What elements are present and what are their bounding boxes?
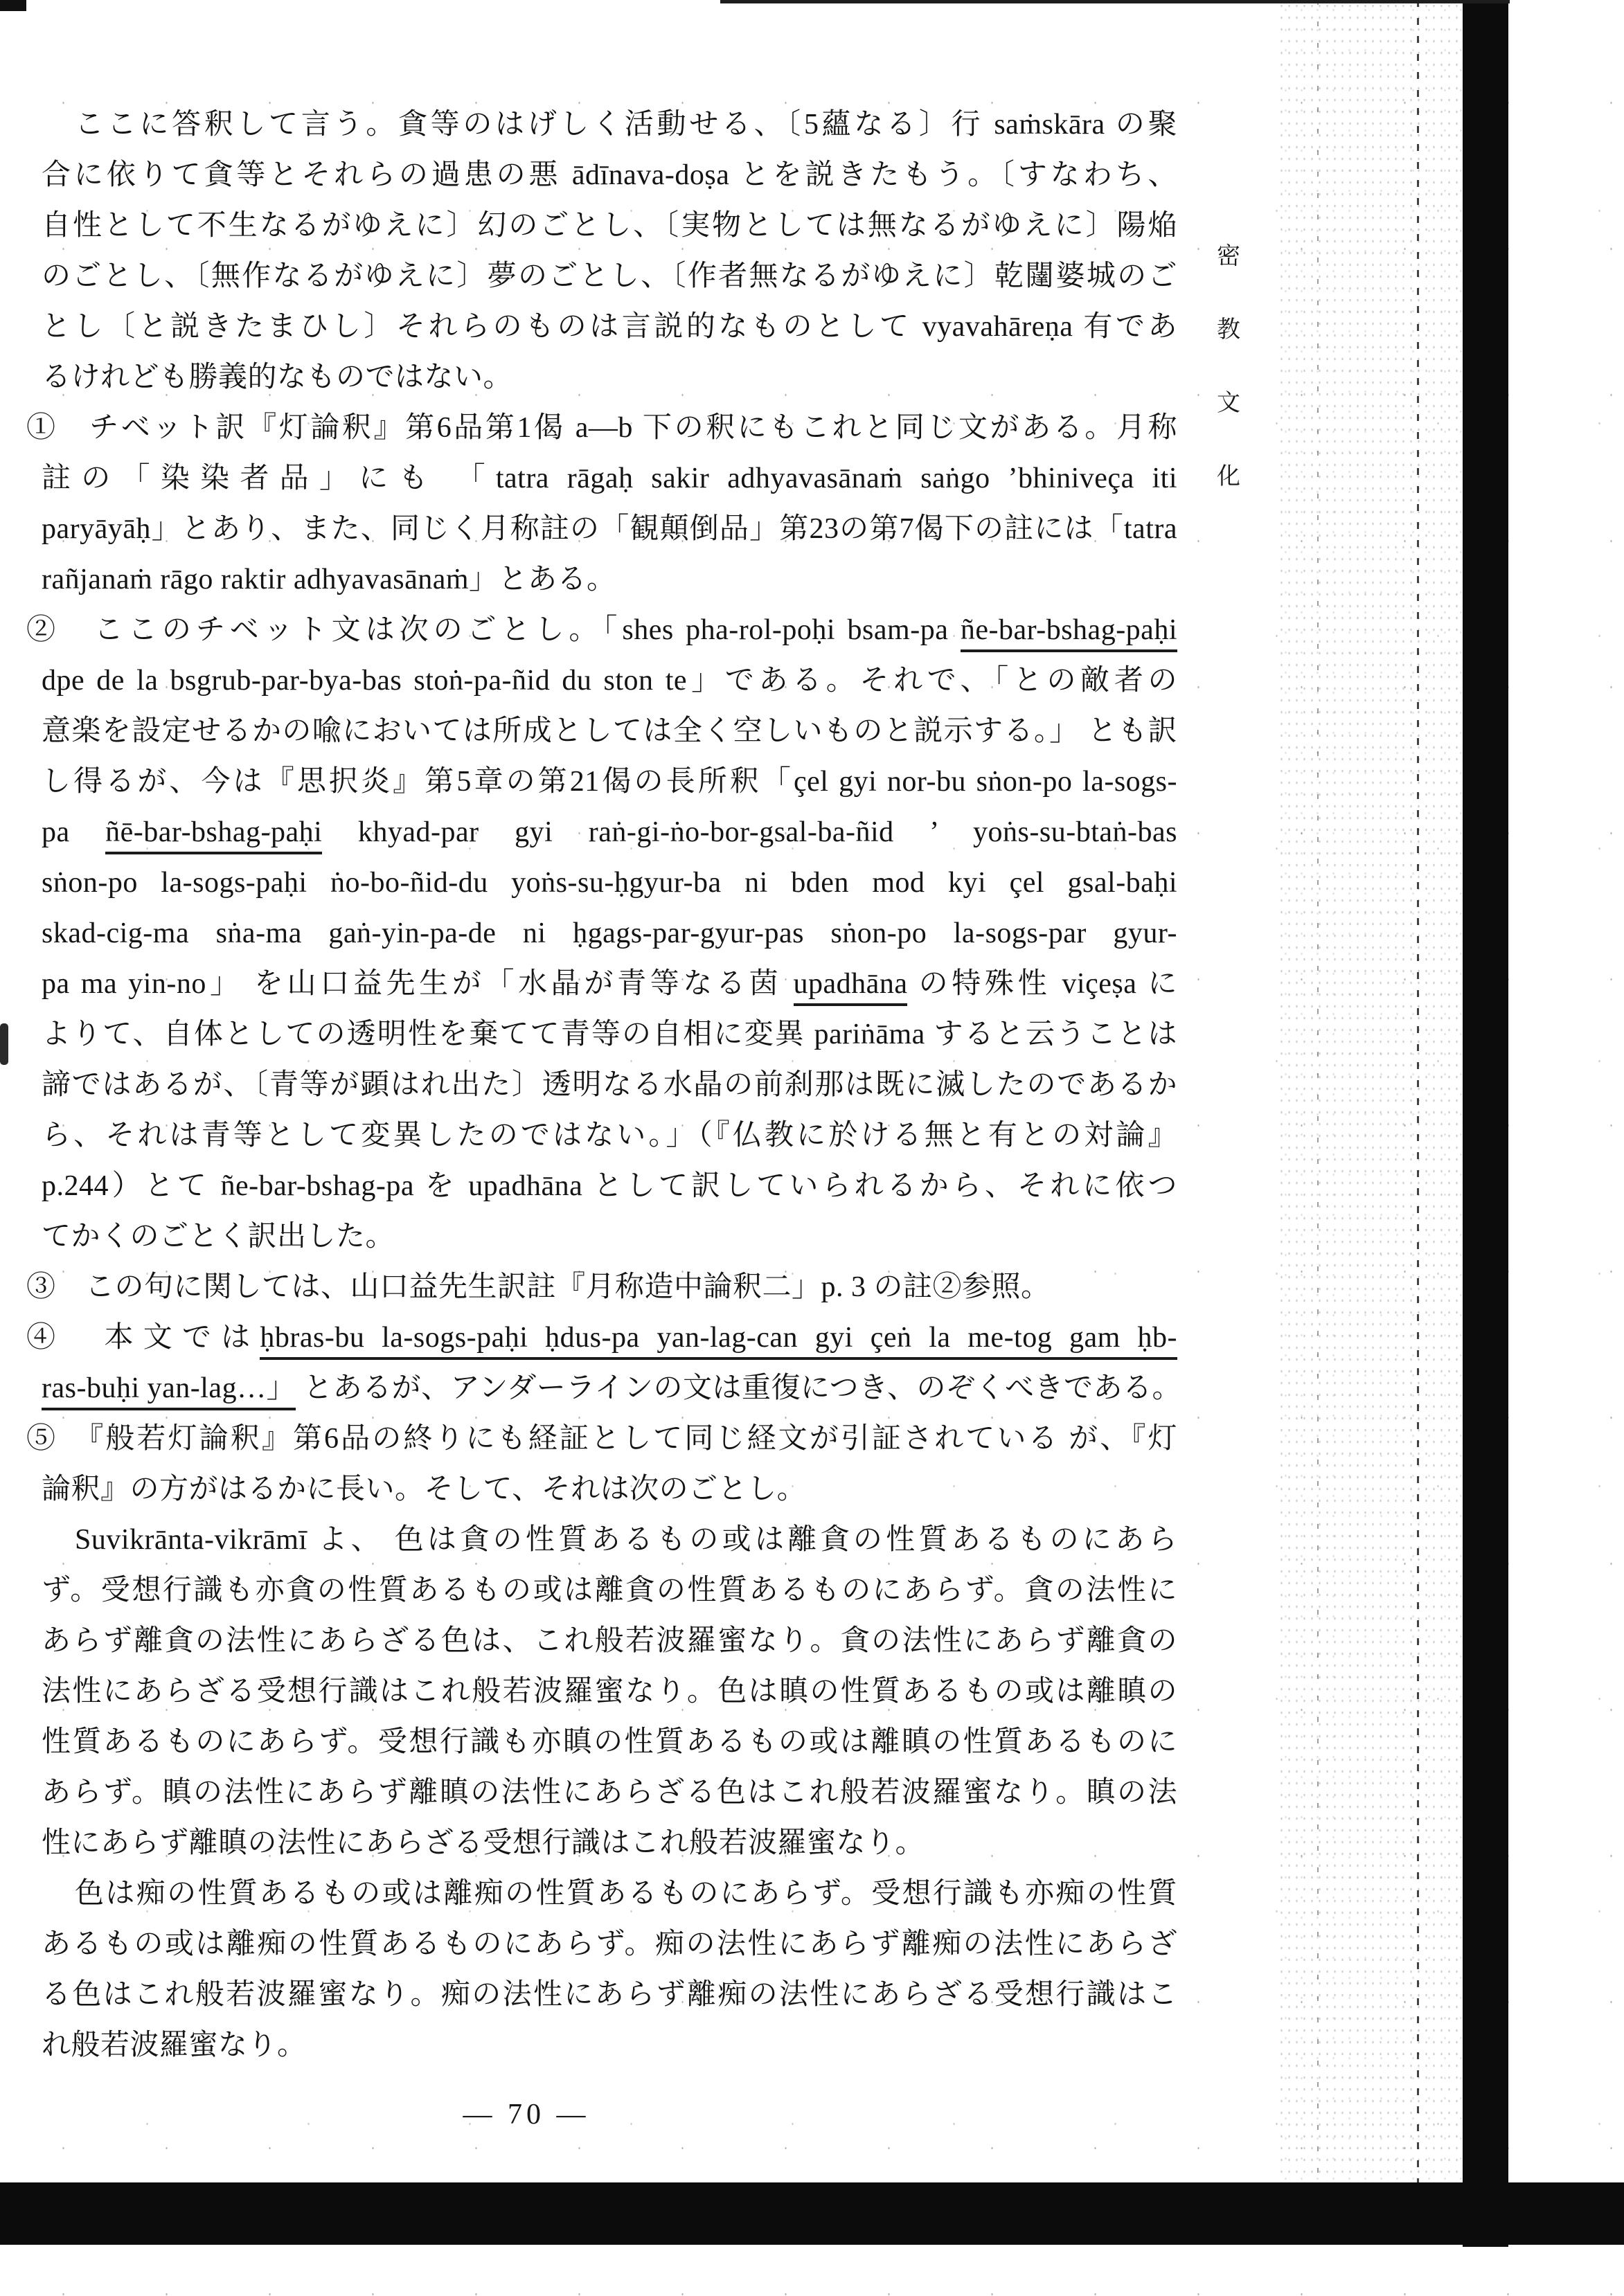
text-segment: あらず離貪の法性にあらざる色は、これ般若波羅蜜なり。貪の法性にあらず離貪の — [42, 1625, 1177, 1657]
text-line: sṅon-po la-sogs-paḥi ṅo-bo-ñid-du yoṅs-s… — [26, 861, 1177, 911]
text-segment: 諦ではあるが、〔青等が顕はれ出た〕透明なる水晶の前刹那は既に滅したのであるか — [42, 1069, 1177, 1101]
text-segment: ず。受想行識も亦貪の性質あるもの或は離貪の性質あるものにあらず。貪の法性に — [42, 1575, 1177, 1606]
journal-title-vertical: 密教文化 — [1212, 237, 1245, 530]
text-line: 性にあらず離瞋の法性にあらざる受想行識はこれ般若波羅蜜なり。 — [26, 1821, 1177, 1872]
text-segment: あるもの或は離痴の性質あるものにあらず。痴の法性にあらず離痴の法性にあらざ — [42, 1928, 1177, 1960]
text-line: よりて、自体としての透明性を棄てて青等の自相に変異 pariṅāma すると云う… — [26, 1012, 1177, 1063]
text-segment: し得るが、今は『思択炎』第5章の第21偈の長所釈「çel gyi nor-bu … — [42, 766, 1177, 798]
underlined-text: ḥbras-bu la-sogs-paḥi ḥdus-pa yan-lag-ca… — [260, 1322, 1177, 1360]
text-segment: るけれども勝義的なものではない。 — [42, 361, 512, 393]
text-segment: 論釈』の方がはるかに長い。そして、それは次のごとし。 — [42, 1473, 806, 1505]
text-line: ら、それは青等として変異したのではない。」（『仏教に於ける無と有との対論』 — [26, 1113, 1177, 1164]
scan-black-bar-bottom — [0, 2182, 1624, 2245]
text-segment: ④ 本文では — [26, 1322, 260, 1354]
underlined-text: ñē-bar-bshag-paḥi — [105, 816, 322, 854]
text-segment: p.244）とて ñe-bar-bshag-pa を upadhāna として訳… — [42, 1170, 1177, 1202]
text-segment: 自性として不生なるがゆえに〕幻のごとし、〔実物としては無なるがゆえに〕陽焔 — [42, 210, 1177, 242]
text-segment: れ般若波羅蜜なり。 — [42, 2029, 307, 2061]
text-line: る色はこれ般若波羅蜜なり。痴の法性にあらず離痴の法性にあらざる受想行識はこ — [26, 1973, 1177, 2023]
journal-title-char: 密 — [1212, 237, 1245, 310]
text-segment: とし〔と説きたまひし〕それらのものは言説的なものとして vyavahāreṇa … — [42, 311, 1177, 343]
text-line: dpe de la bsgrub-par-bya-bas stoṅ-pa-ñid… — [26, 658, 1177, 709]
text-line: pa ma yin-no」 を山口益先生が「水晶が青等なる茵 upadhāna … — [26, 962, 1177, 1012]
text-segment: とあるが、アンダーラインの文は重復につき、のぞくべきである。 — [296, 1372, 1181, 1404]
scan-blot-top-left — [0, 0, 26, 11]
text-line: 合に依りて貪等とそれらの過患の悪 ādīnava-doṣa とを説きたもう。〔す… — [26, 153, 1177, 204]
text-line: 自性として不生なるがゆえに〕幻のごとし、〔実物としては無なるがゆえに〕陽焔 — [26, 204, 1177, 254]
text-line: 法性にあらざる受想行識はこれ般若波羅蜜なり。色は瞋の性質あるもの或は離瞋の — [26, 1669, 1177, 1720]
text-segment: る色はこれ般若波羅蜜なり。痴の法性にあらず離痴の法性にあらざる受想行識はこ — [42, 1979, 1177, 2011]
text-segment: Suvikrānta-vikrāmī よ、 色は貪の性質あるもの或は離貪の性質あ… — [75, 1524, 1177, 1556]
text-segment: 註の「染染者品」にも 「tatra rāgaḥ sakir adhyavasān… — [42, 463, 1177, 494]
body-text-column: ここに答釈して言う。貪等のはげしく活動せる、〔5蘊なる〕行 saṁskāra の… — [26, 102, 1177, 2074]
text-line: ここに答釈して言う。貪等のはげしく活動せる、〔5蘊なる〕行 saṁskāra の… — [26, 102, 1177, 153]
scanned-document-page: ここに答釈して言う。貪等のはげしく活動せる、〔5蘊なる〕行 saṁskāra の… — [0, 0, 1624, 2296]
text-line: れ般若波羅蜜なり。 — [26, 2023, 1177, 2074]
scan-blot-left-edge — [0, 1023, 8, 1065]
text-line: あるもの或は離痴の性質あるものにあらず。痴の法性にあらず離痴の法性にあらざ — [26, 1922, 1177, 1973]
text-segment: ら、それは青等として変異したのではない。」（『仏教に於ける無と有との対論』 — [42, 1120, 1177, 1151]
text-line: pa ñē-bar-bshag-paḥi khyad-par gyi raṅ-g… — [26, 810, 1177, 861]
text-line: のごとし、〔無作なるがゆえに〕夢のごとし、〔作者無なるがゆえに〕乾闥婆城のご — [26, 254, 1177, 305]
text-segment: pa ma yin-no」 を山口益先生が「水晶が青等なる茵 — [42, 968, 794, 1000]
text-segment: あらず。瞋の法性にあらず離瞋の法性にあらざる色はこれ般若波羅蜜なり。瞋の法 — [42, 1777, 1177, 1809]
text-segment: てかくのごとく訳出した。 — [42, 1221, 395, 1253]
underlined-text: ras-buḥi yan-lag…」 — [42, 1372, 296, 1410]
text-segment: の特殊性 viçeṣa に — [907, 968, 1177, 1000]
text-line: 色は痴の性質あるもの或は離痴の性質あるものにあらず。受想行識も亦痴の性質 — [26, 1872, 1177, 1922]
text-segment: 合に依りて貪等とそれらの過患の悪 ādīnava-doṣa とを説きたもう。〔す… — [42, 159, 1177, 191]
text-line: るけれども勝義的なものではない。 — [26, 355, 1177, 406]
text-line: あらず離貪の法性にあらざる色は、これ般若波羅蜜なり。貪の法性にあらず離貪の — [26, 1619, 1177, 1669]
underlined-text: ñe-bar-bshag-paḥi — [961, 614, 1177, 652]
journal-title-char: 化 — [1212, 457, 1245, 530]
text-line: 註の「染染者品」にも 「tatra rāgaḥ sakir adhyavasān… — [26, 456, 1177, 507]
text-segment: ① チベット訳『灯論釈』第6品第1偈 a—b 下の釈にもこれと同じ文がある。月称 — [26, 412, 1177, 444]
text-segment: ⑤ 『般若灯論釈』第6品の終りにも経証として同じ経文が引証されている が、『灯 — [26, 1423, 1177, 1455]
text-segment: khyad-par gyi raṅ-gi-ṅo-bor-gsal-ba-ñid … — [322, 816, 1177, 848]
text-line: とし〔と説きたまひし〕それらのものは言説的なものとして vyavahāreṇa … — [26, 305, 1177, 355]
text-line: p.244）とて ñe-bar-bshag-pa を upadhāna として訳… — [26, 1164, 1177, 1214]
scan-edge-line-top — [720, 0, 1510, 3]
text-line: し得るが、今は『思択炎』第5章の第21偈の長所釈「çel gyi nor-bu … — [26, 760, 1177, 810]
text-line: 諦ではあるが、〔青等が顕はれ出た〕透明なる水晶の前刹那は既に滅したのであるか — [26, 1063, 1177, 1113]
text-line: 意楽を設定せるかの喩においては所成としては全く空しいものと説示する。」 とも訳 — [26, 709, 1177, 760]
text-line: てかくのごとく訳出した。 — [26, 1214, 1177, 1265]
text-segment: 性質あるものにあらず。受想行識も亦瞋の性質あるもの或は離瞋の性質あるものに — [42, 1726, 1177, 1758]
text-line: rañjanaṁ rāgo raktir adhyavasānaṁ」とある。 — [26, 557, 1177, 608]
journal-title-char: 文 — [1212, 384, 1245, 457]
text-segment: rañjanaṁ rāgo raktir adhyavasānaṁ」とある。 — [42, 564, 616, 595]
journal-title-char: 教 — [1212, 310, 1245, 384]
text-segment: skad-cig-ma sṅa-ma gaṅ-yin-pa-de ni ḥgag… — [42, 917, 1177, 949]
text-segment: ③ この句に関しては、山口益先生訳註『月称造中論釈二」p. 3 の註②参照。 — [26, 1271, 1051, 1303]
footnote-line: ④ 本文ではḥbras-bu la-sogs-paḥi ḥdus-pa yan-… — [26, 1316, 1177, 1366]
underlined-text: upadhāna — [794, 968, 908, 1006]
text-line: 性質あるものにあらず。受想行識も亦瞋の性質あるもの或は離瞋の性質あるものに — [26, 1720, 1177, 1770]
text-line: ず。受想行識も亦貪の性質あるもの或は離貪の性質あるものにあらず。貪の法性に — [26, 1568, 1177, 1619]
footnote-line: ② ここのチベット文は次のごとし。「shes pha-rol-poḥi bsam… — [26, 608, 1177, 658]
text-segment: 性にあらず離瞋の法性にあらざる受想行識はこれ般若波羅蜜なり。 — [42, 1827, 925, 1859]
scan-noise-band — [1278, 0, 1463, 2247]
text-segment: 色は痴の性質あるもの或は離痴の性質あるものにあらず。受想行識も亦痴の性質 — [75, 1878, 1177, 1910]
text-segment: pa — [42, 816, 105, 848]
text-segment: ここに答釈して言う。貪等のはげしく活動せる、〔5蘊なる〕行 saṁskāra の… — [75, 109, 1177, 141]
text-segment: ② ここのチベット文は次のごとし。「shes pha-rol-poḥi bsam… — [26, 614, 961, 646]
scan-streak-line — [1317, 0, 1319, 2247]
text-line: paryāyāḥ」とあり、また、同じく月称註の「観顛倒品」第23の第7偈下の註に… — [26, 507, 1177, 557]
text-segment: のごとし、〔無作なるがゆえに〕夢のごとし、〔作者無なるがゆえに〕乾闥婆城のご — [42, 260, 1177, 292]
footnote-line: ⑤ 『般若灯論釈』第6品の終りにも経証として同じ経文が引証されている が、『灯 — [26, 1417, 1177, 1467]
footnote-line: ③ この句に関しては、山口益先生訳註『月称造中論釈二」p. 3 の註②参照。 — [26, 1265, 1177, 1316]
text-line: あらず。瞋の法性にあらず離瞋の法性にあらざる色はこれ般若波羅蜜なり。瞋の法 — [26, 1770, 1177, 1821]
text-segment: 法性にあらざる受想行識はこれ般若波羅蜜なり。色は瞋の性質あるもの或は離瞋の — [42, 1676, 1177, 1707]
footnote-line: ① チベット訳『灯論釈』第6品第1偈 a—b 下の釈にもこれと同じ文がある。月称 — [26, 406, 1177, 456]
text-line: 論釈』の方がはるかに長い。そして、それは次のごとし。 — [26, 1467, 1177, 1518]
text-line: ras-buḥi yan-lag…」 とあるが、アンダーラインの文は重復につき、… — [26, 1366, 1177, 1417]
text-segment: sṅon-po la-sogs-paḥi ṅo-bo-ñid-du yoṅs-s… — [42, 867, 1177, 899]
page-number: — 70 — — [416, 2098, 637, 2131]
text-segment: dpe de la bsgrub-par-bya-bas stoṅ-pa-ñid… — [42, 665, 1177, 697]
text-segment: よりて、自体としての透明性を棄てて青等の自相に変異 pariṅāma すると云う… — [42, 1019, 1177, 1050]
text-segment: paryāyāḥ」とあり、また、同じく月称註の「観顛倒品」第23の第7偈下の註に… — [42, 513, 1177, 545]
scan-streak-line — [1417, 0, 1419, 2247]
scan-black-strip-right — [1463, 0, 1508, 2247]
text-line: Suvikrānta-vikrāmī よ、 色は貪の性質あるもの或は離貪の性質あ… — [26, 1518, 1177, 1568]
text-segment: 意楽を設定せるかの喩においては所成としては全く空しいものと説示する。」 とも訳 — [42, 715, 1177, 747]
text-line: skad-cig-ma sṅa-ma gaṅ-yin-pa-de ni ḥgag… — [26, 911, 1177, 962]
